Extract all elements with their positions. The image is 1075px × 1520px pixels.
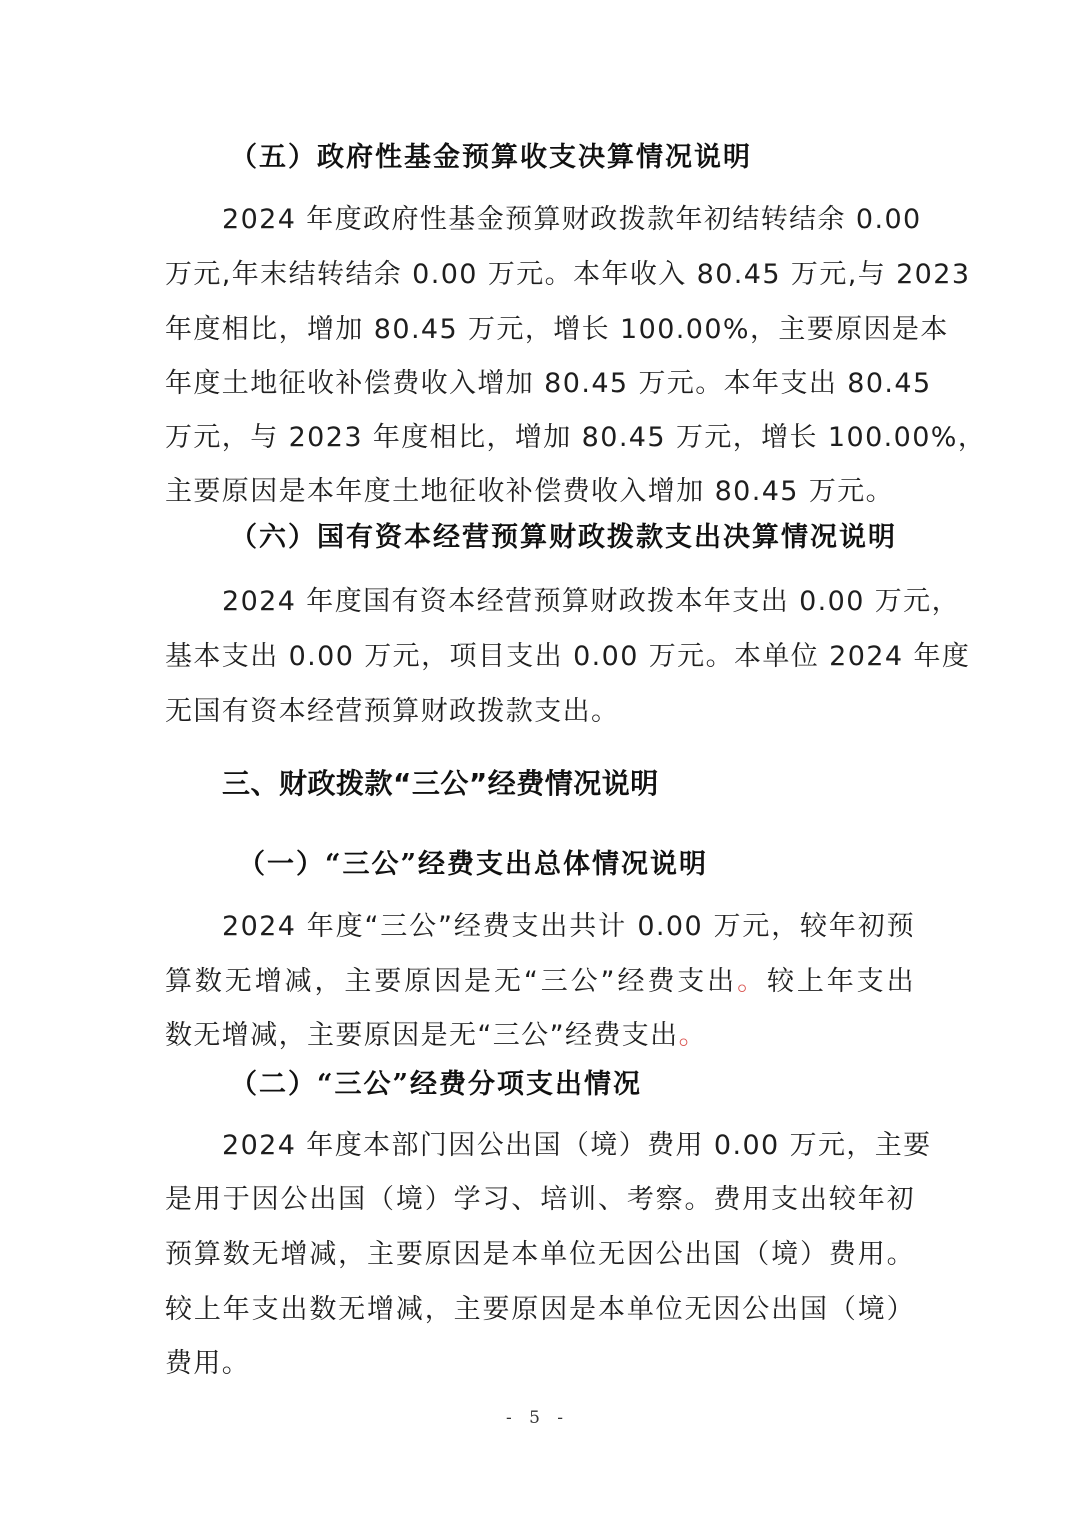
- part-heading-three-public-expenses: 三、财政拨款“三公”经费情况说明: [222, 764, 659, 804]
- paragraph-text: 较上年支出: [767, 966, 915, 997]
- subsection-heading-itemized: （二）“三公”经费分项支出情况: [230, 1065, 642, 1105]
- paragraph-line: 费用。: [165, 1344, 915, 1384]
- paragraph-line: 万元,年末结转结余 0.00 万元。本年收入 80.45 万元,与 2023: [165, 255, 915, 295]
- paragraph-line: 年度相比，增加 80.45 万元，增长 100.00%，主要原因是本: [165, 310, 915, 350]
- paragraph-line: 万元，与 2023 年度相比，增加 80.45 万元，增长 100.00%，: [165, 418, 915, 458]
- paragraph-line: 预算数无增减，主要原因是本单位无因公出国（境）费用。: [165, 1235, 915, 1275]
- section-heading-state-capital: （六）国有资本经营预算财政拨款支出决算情况说明: [230, 518, 897, 558]
- revision-mark: 。: [737, 966, 767, 997]
- paragraph-line: 2024 年度国有资本经营预算财政拨本年支出 0.00 万元，: [222, 582, 915, 622]
- document-page: （五）政府性基金预算收支决算情况说明 2024 年度政府性基金预算财政拨款年初结…: [0, 0, 1075, 1520]
- page-number: - 5 -: [0, 1408, 1075, 1428]
- paragraph-line: 较上年支出数无增减，主要原因是本单位无因公出国（境）: [165, 1290, 915, 1330]
- paragraph-line: 2024 年度“三公”经费支出共计 0.00 万元，较年初预: [222, 907, 915, 947]
- paragraph-line: 无国有资本经营预算财政拨款支出。: [165, 692, 915, 732]
- paragraph-line: 2024 年度政府性基金预算财政拨款年初结转结余 0.00: [222, 200, 915, 240]
- paragraph-line: 算数无增减，主要原因是无“三公”经费支出。较上年支出: [165, 962, 915, 1002]
- section-heading-government-fund: （五）政府性基金预算收支决算情况说明: [230, 138, 752, 178]
- paragraph-line: 年度土地征收补偿费收入增加 80.45 万元。本年支出 80.45: [165, 364, 915, 404]
- paragraph-text: 数无增减，主要原因是无“三公”经费支出: [165, 1020, 679, 1051]
- paragraph-text: 算数无增减，主要原因是无“三公”经费支出: [165, 966, 737, 997]
- paragraph-line: 2024 年度本部门因公出国（境）费用 0.00 万元，主要: [222, 1126, 915, 1166]
- paragraph-line: 是用于因公出国（境）学习、培训、考察。费用支出较年初: [165, 1180, 915, 1220]
- revision-mark: 。: [679, 1020, 707, 1051]
- paragraph-line: 主要原因是本年度土地征收补偿费收入增加 80.45 万元。: [165, 472, 915, 512]
- paragraph-line: 基本支出 0.00 万元，项目支出 0.00 万元。本单位 2024 年度: [165, 637, 915, 677]
- paragraph-line: 数无增减，主要原因是无“三公”经费支出。: [165, 1016, 915, 1056]
- subsection-heading-overall: （一）“三公”经费支出总体情况说明: [238, 845, 708, 885]
